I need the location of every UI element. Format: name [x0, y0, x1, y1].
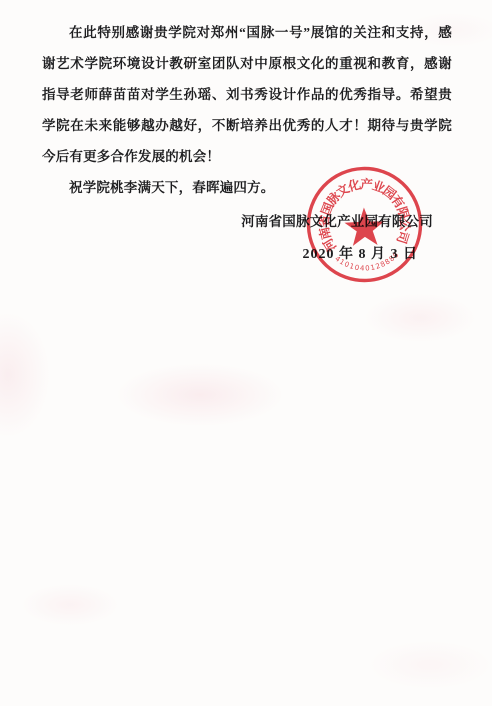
svg-text:4101040128888: 4101040128888 [333, 250, 402, 274]
seal-star-icon [344, 207, 385, 246]
company-seal-stamp: 河南省国脉文化产业园有限公司 4101040128888 [301, 161, 428, 288]
seal-registration-code: 4101040128888 [333, 250, 402, 274]
paragraph-thanks: 在此特别感谢贵学院对郑州“国脉一号”展馆的关注和支持，感谢艺术学院环境设计教研室… [42, 17, 452, 172]
scanned-letter-page: 在此特别感谢贵学院对郑州“国脉一号”展馆的关注和支持，感谢艺术学院环境设计教研室… [0, 0, 492, 706]
